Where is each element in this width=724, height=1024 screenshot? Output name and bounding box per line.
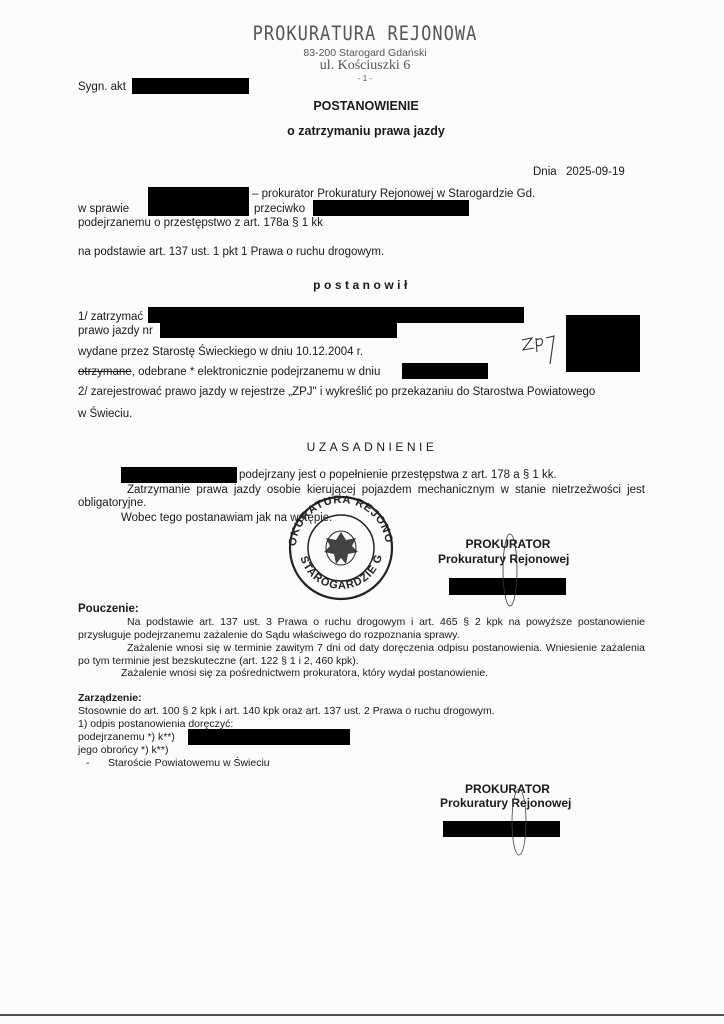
intro-in-case: w sprawie (78, 203, 129, 215)
license-number-label: prawo jazdy nr (78, 325, 153, 337)
intro-legal-basis: na podstawie art. 137 ust. 1 pkt 1 Prawa… (78, 246, 384, 258)
redacted-suspect-name (313, 200, 469, 216)
license-issued-by: wydane przez Starostę Świeckiego w dniu … (78, 346, 363, 358)
decision-item2-line1: 2/ zarejestrować prawo jazdy w rejestrze… (78, 386, 595, 398)
received-struck: otrzymane (78, 366, 132, 378)
decided-heading: postanowił (0, 278, 724, 292)
redacted-license-number (160, 322, 397, 338)
document-subtitle: o zatrzymaniu prawa jazdy (0, 124, 724, 138)
redacted-suspect-full (148, 307, 524, 323)
date-value: 2025-09-19 (566, 166, 625, 178)
order-bullet: - (86, 757, 90, 769)
page-bottom-edge (0, 1014, 724, 1016)
intro-line1: – prokurator Prokuratury Rejonowej w Sta… (252, 188, 535, 200)
received-rest: , odebrane * elektronicznie podejrzanemu… (132, 366, 381, 378)
order-line5: Staroście Powiatowemu w Świeciu (108, 757, 270, 769)
order-heading: Zarządzenie: (78, 692, 142, 704)
stamp-street: ul. Kościuszki 6 (250, 58, 480, 74)
redacted-photo-box (566, 315, 640, 372)
intro-against: przeciwko (254, 203, 305, 215)
redacted-receipt-date (402, 363, 488, 379)
case-number-label: Sygn. akt (78, 81, 126, 93)
decision-item2-line2: w Świeciu. (78, 408, 132, 420)
date-label: Dnia (533, 166, 557, 178)
redacted-suspect-address (188, 729, 350, 745)
justification-p1: podejrzany jest o popełnienie przestępst… (239, 469, 557, 481)
order-line4: jego obrońcy *) k**) (78, 744, 168, 756)
decision-item1: 1/ zatrzymać (78, 311, 143, 323)
order-line1: Stosownie do art. 100 § 2 kpk i art. 140… (78, 705, 495, 717)
signature1-scribble-icon (495, 530, 525, 612)
order-line3: podejrzanemu *) k**) (78, 731, 175, 743)
instruction-p2: Zażalenie wnosi się w terminie zawitym 7… (78, 642, 645, 668)
stamp-office-name: PROKURATURA REJONOWA (250, 23, 480, 46)
license-received: otrzymane, odebrane * elektronicznie pod… (78, 366, 380, 378)
handwritten-note-icon (518, 328, 566, 376)
instruction-p1: Na podstawie art. 137 ust. 3 Prawa o ruc… (78, 616, 645, 642)
eagle-emblem-icon (324, 531, 358, 565)
official-round-stamp: PROKURATURA REJONOWA W STAROGARDZIE GD. (280, 494, 402, 602)
document-title: POSTANOWIENIE (0, 99, 724, 113)
instruction-p3: Zażalenie wnosi się za pośrednictwem pro… (121, 667, 488, 679)
redacted-case-number (132, 78, 249, 94)
signature2-scribble-icon (506, 786, 532, 860)
redacted-suspect-justification (121, 467, 237, 483)
redacted-signature2-name (443, 821, 560, 837)
justification-heading: UZASADNIENIE (0, 440, 724, 454)
intro-charge: podejrzanemu o przestępstwo z art. 178a … (78, 217, 323, 229)
redacted-prosecutor-name (148, 187, 249, 216)
instruction-heading: Pouczenie: (78, 603, 139, 615)
page-number: - 1 - (250, 74, 480, 83)
office-header-stamp: PROKURATURA REJONOWA 83-200 Starogard Gd… (250, 24, 480, 83)
